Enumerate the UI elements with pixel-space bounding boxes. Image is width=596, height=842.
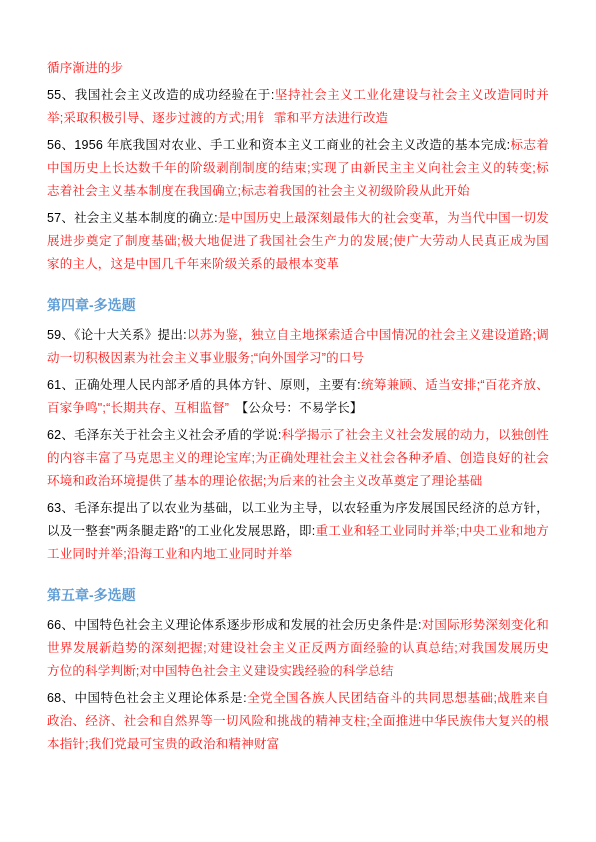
- text-segment-black: 55、我国社会主义改造的成功经验在于:: [47, 88, 275, 102]
- chapter-4-heading: 第四章-多选题: [47, 293, 549, 317]
- item-68: 68、中国特色社会主义理论体系是:全党全国各族人民团结奋斗的共同思想基础;战胜来…: [47, 687, 549, 756]
- item-59: 59、《论十大关系》提出:以苏为鉴，独立自主地探索适合中国情况的社会主义建设道路…: [47, 324, 549, 370]
- item-63: 63、毛泽东提出了以农业为基础，以工业为主导，以农轻重为序发展国民经济的总方针，…: [47, 497, 549, 566]
- text-segment-black: 【公众号：不易学长】: [229, 401, 362, 415]
- text-segment-black: 68、中国特色社会主义理论体系是:: [47, 691, 247, 705]
- text-segment-black: 56、1956 年底我国对农业、手工业和资本主义工商业的社会主义改造的基本完成:: [47, 138, 510, 152]
- text-segment-red: 循序渐进的步: [47, 61, 123, 75]
- carryover-fragment: 循序渐进的步: [47, 57, 549, 80]
- text-segment-black: 59、《论十大关系》提出:: [47, 328, 187, 342]
- text-segment-black: 66、中国特色社会主义理论体系逐步形成和发展的社会历史条件是:: [47, 618, 422, 632]
- text-segment-black: 61、正确处理人民内部矛盾的具体方针、原则，主要有:: [47, 378, 361, 392]
- item-55: 55、我国社会主义改造的成功经验在于:坚持社会主义工业化建设与社会主义改造同时并…: [47, 84, 549, 130]
- text-segment-black: 62、毛泽东关于社会主义社会矛盾的学说:: [47, 428, 282, 442]
- document-page: 循序渐进的步55、我国社会主义改造的成功经验在于:坚持社会主义工业化建设与社会主…: [0, 0, 596, 842]
- item-66: 66、中国特色社会主义理论体系逐步形成和发展的社会历史条件是:对国际形势深刻变化…: [47, 614, 549, 683]
- item-62: 62、毛泽东关于社会主义社会矛盾的学说:科学揭示了社会主义社会发展的动力，以独创…: [47, 424, 549, 493]
- item-61: 61、正确处理人民内部矛盾的具体方针、原则，主要有:统筹兼顾、适当安排;“百花齐…: [47, 374, 549, 420]
- chapter-5-heading: 第五章-多选题: [47, 583, 549, 607]
- item-57: 57、社会主义基本制度的确立:是中国历史上最深刻最伟大的社会变革，为当代中国一切…: [47, 207, 549, 276]
- item-56: 56、1956 年底我国对农业、手工业和资本主义工商业的社会主义改造的基本完成:…: [47, 134, 549, 203]
- text-segment-black: 57、社会主义基本制度的确立:: [47, 211, 218, 225]
